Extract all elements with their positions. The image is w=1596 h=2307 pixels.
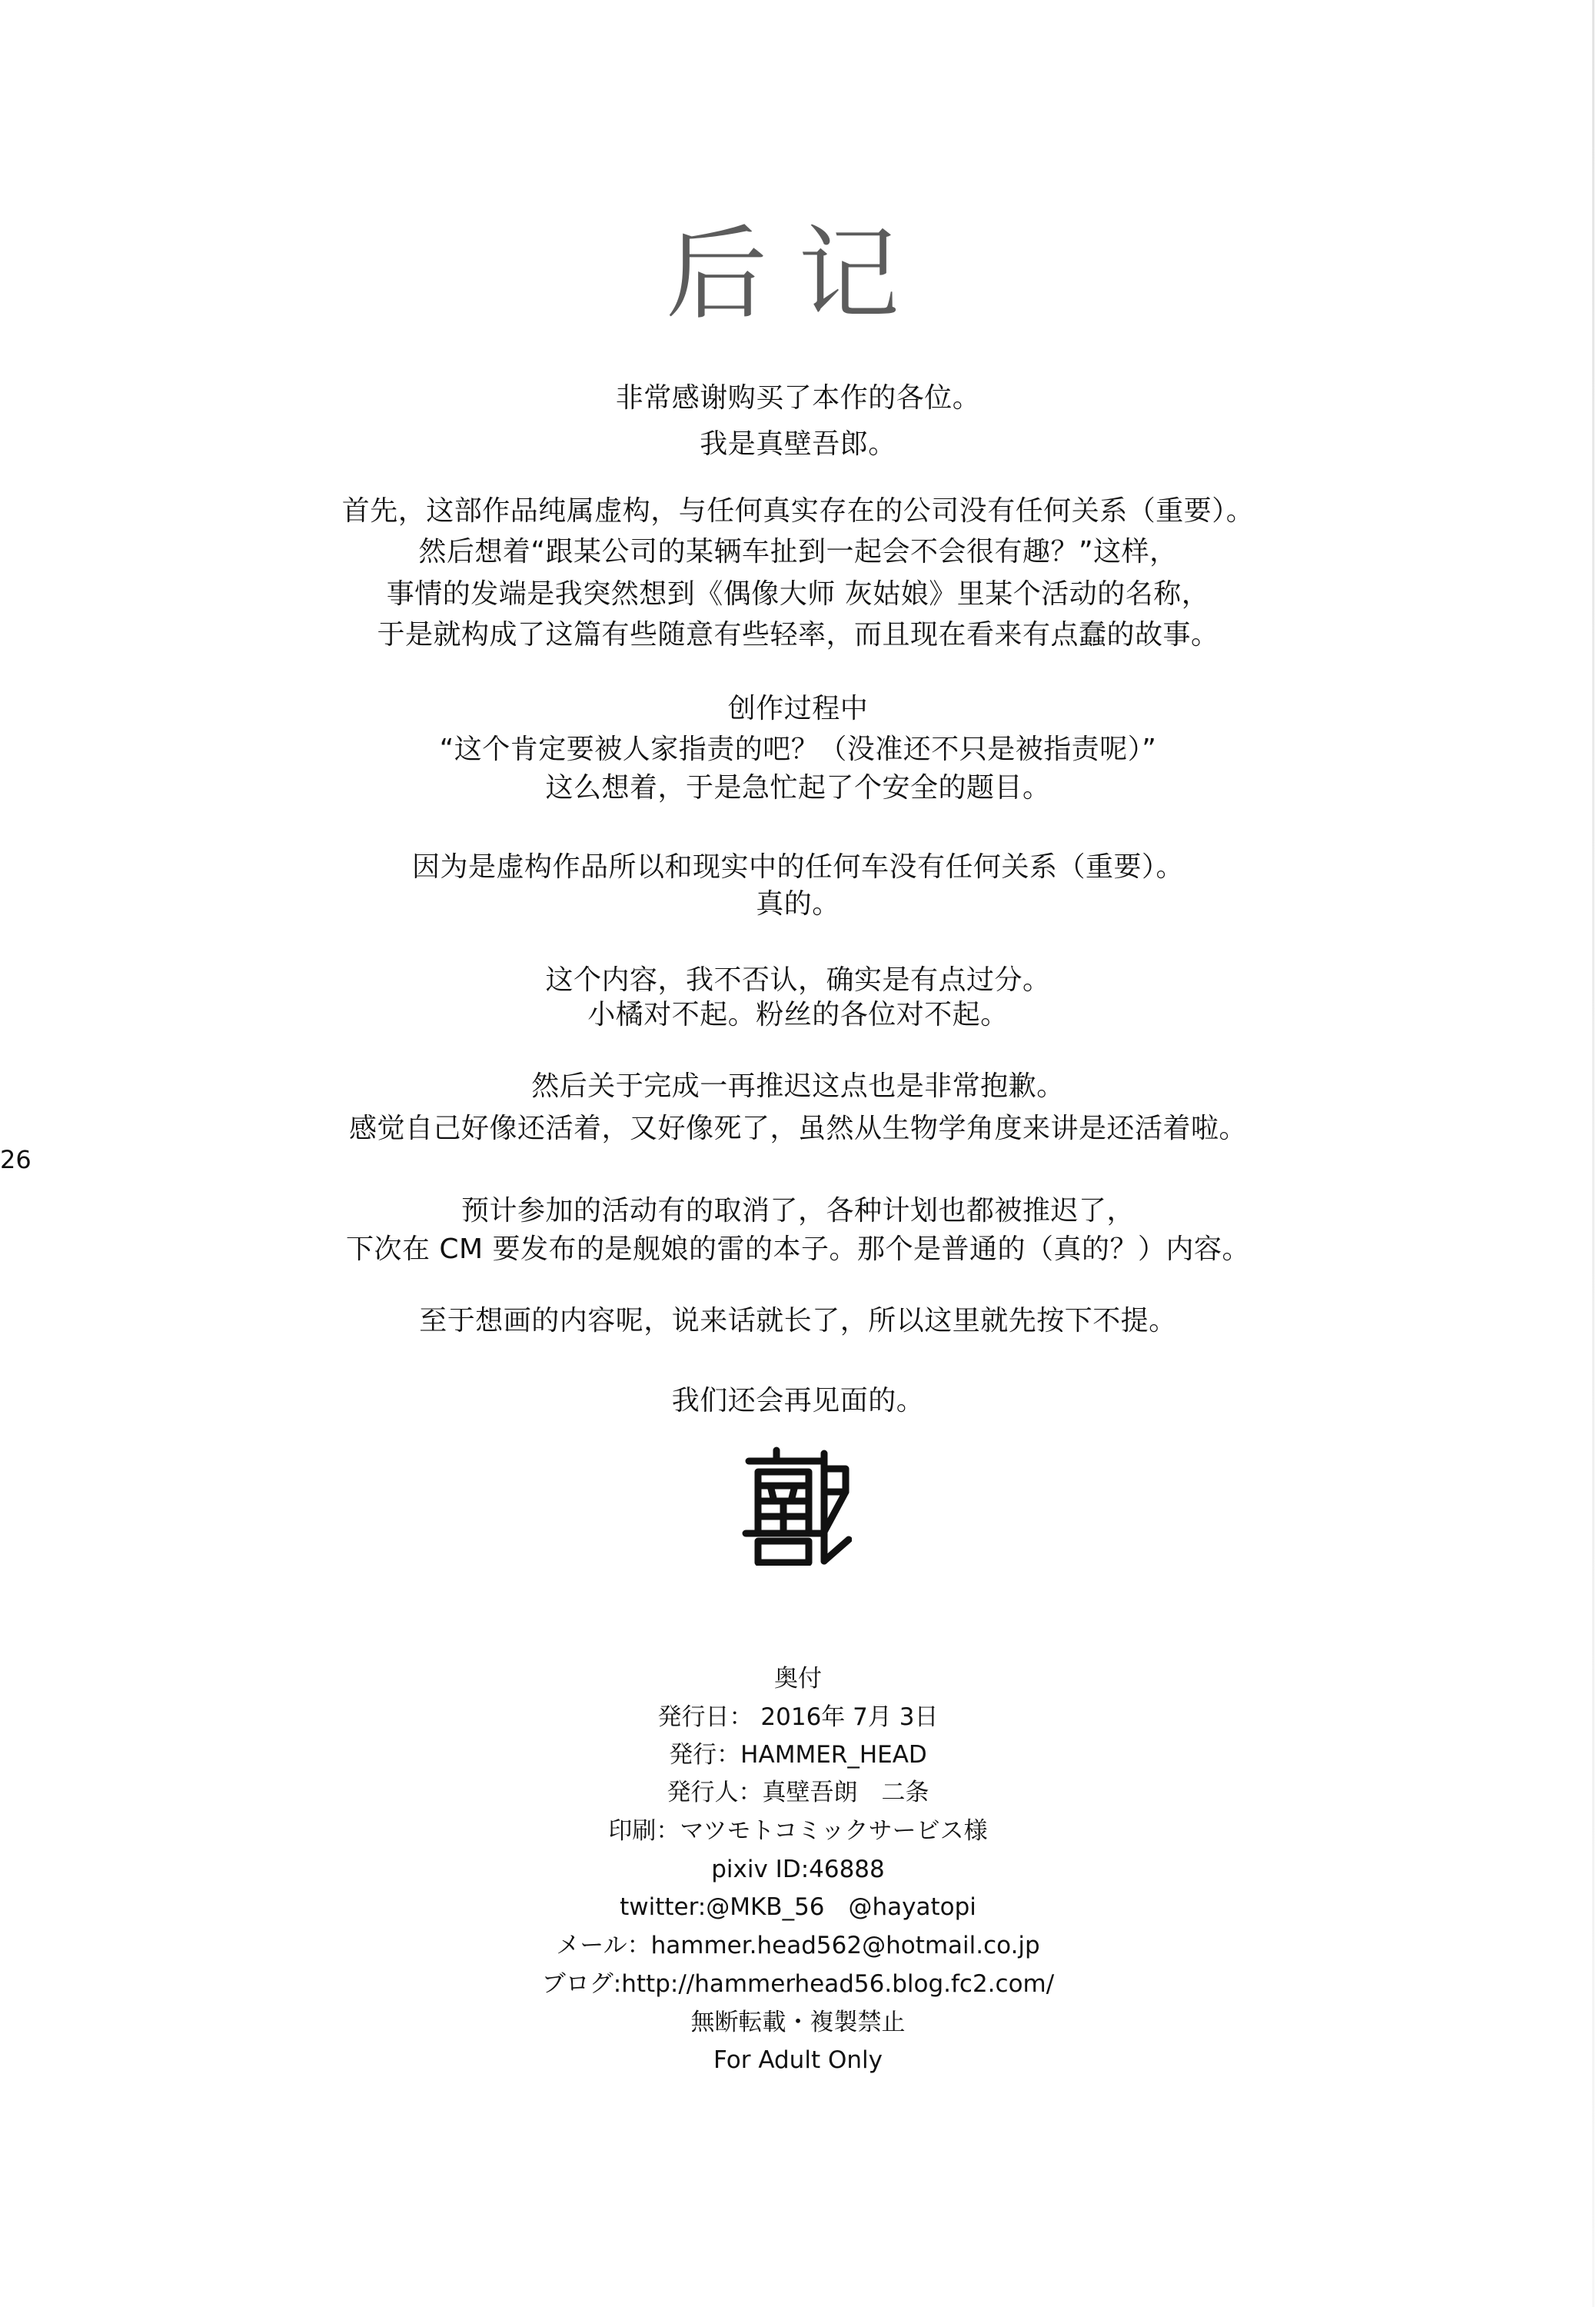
colophon-mail: メール：hammer.head562@hotmail.co.jp — [0, 1930, 1596, 1961]
page-title: 后记 — [0, 217, 1596, 332]
body-line: 创作过程中 — [0, 691, 1596, 727]
body-line: 这个内容，我不否认，确实是有点过分。 — [0, 962, 1596, 999]
body-line: 至于想画的内容呢，说来话就长了，所以这里就先按下不提。 — [0, 1303, 1596, 1340]
body-line: 因为是虚构作品所以和现实中的任何车没有任何关系（重要）。 — [0, 849, 1596, 886]
colophon-publishers-people: 発行人：真壁吾朗 二条 — [0, 1777, 1596, 1808]
body-line: 首先，这部作品纯属虚构，与任何真实存在的公司没有任何关系（重要）。 — [0, 493, 1596, 530]
page-edge-line — [1592, 0, 1594, 2307]
colophon-pixiv: pixiv ID:46888 — [0, 1854, 1596, 1885]
body-line: “这个肯定要被人家指责的吧？（没准还不只是被指责呢）” — [0, 731, 1596, 768]
page-number: 26 — [0, 1144, 32, 1175]
colophon-blog: ブログ:http://hammerhead56.blog.fc2.com/ — [0, 1969, 1596, 1999]
body-line: 感觉自己好像还活着，又好像死了，虽然从生物学角度来讲是还活着啦。 — [0, 1110, 1596, 1147]
colophon-publisher: 発行：HAMMER_HEAD — [0, 1739, 1596, 1770]
body-line: 预计参加的活动有的取消了，各种计划也都被推迟了， — [0, 1193, 1596, 1230]
signature-icon — [729, 1446, 852, 1566]
body-line: 然后关于完成一再推迟这点也是非常抱歉。 — [0, 1068, 1596, 1105]
colophon-date: 発行日： 2016年 7月 3日 — [0, 1702, 1596, 1733]
body-line: 这么想着，于是急忙起了个安全的题目。 — [0, 770, 1596, 807]
colophon-twitter: twitter:@MKB_56 @hayatopi — [0, 1892, 1596, 1922]
body-line: 我是真壁吾郎。 — [0, 426, 1596, 463]
colophon-rating: For Adult Only — [0, 2045, 1596, 2076]
body-line: 小橘对不起。粉丝的各位对不起。 — [0, 997, 1596, 1034]
body-line: 下次在 CM 要发布的是舰娘的雷的本子。那个是普通的（真的？）内容。 — [0, 1231, 1596, 1268]
body-line: 非常感谢购买了本作的各位。 — [0, 380, 1596, 417]
colophon-notice: 無断転載・複製禁止 — [0, 2007, 1596, 2038]
colophon-heading: 奥付 — [0, 1663, 1596, 1694]
body-line: 事情的发端是我突然想到《偶像大师 灰姑娘》里某个活动的名称， — [0, 576, 1596, 613]
afterword-page: 后记 非常感谢购买了本作的各位。 我是真壁吾郎。 首先，这部作品纯属虚构，与任何… — [0, 0, 1596, 2307]
body-line: 于是就构成了这篇有些随意有些轻率，而且现在看来有点蠢的故事。 — [0, 617, 1596, 654]
body-line: 然后想着“跟某公司的某辆车扯到一起会不会很有趣？”这样， — [0, 534, 1596, 571]
body-line: 真的。 — [0, 886, 1596, 923]
colophon-printer: 印刷：マツモトコミックサービス様 — [0, 1816, 1596, 1846]
body-line: 我们还会再见面的。 — [0, 1383, 1596, 1420]
